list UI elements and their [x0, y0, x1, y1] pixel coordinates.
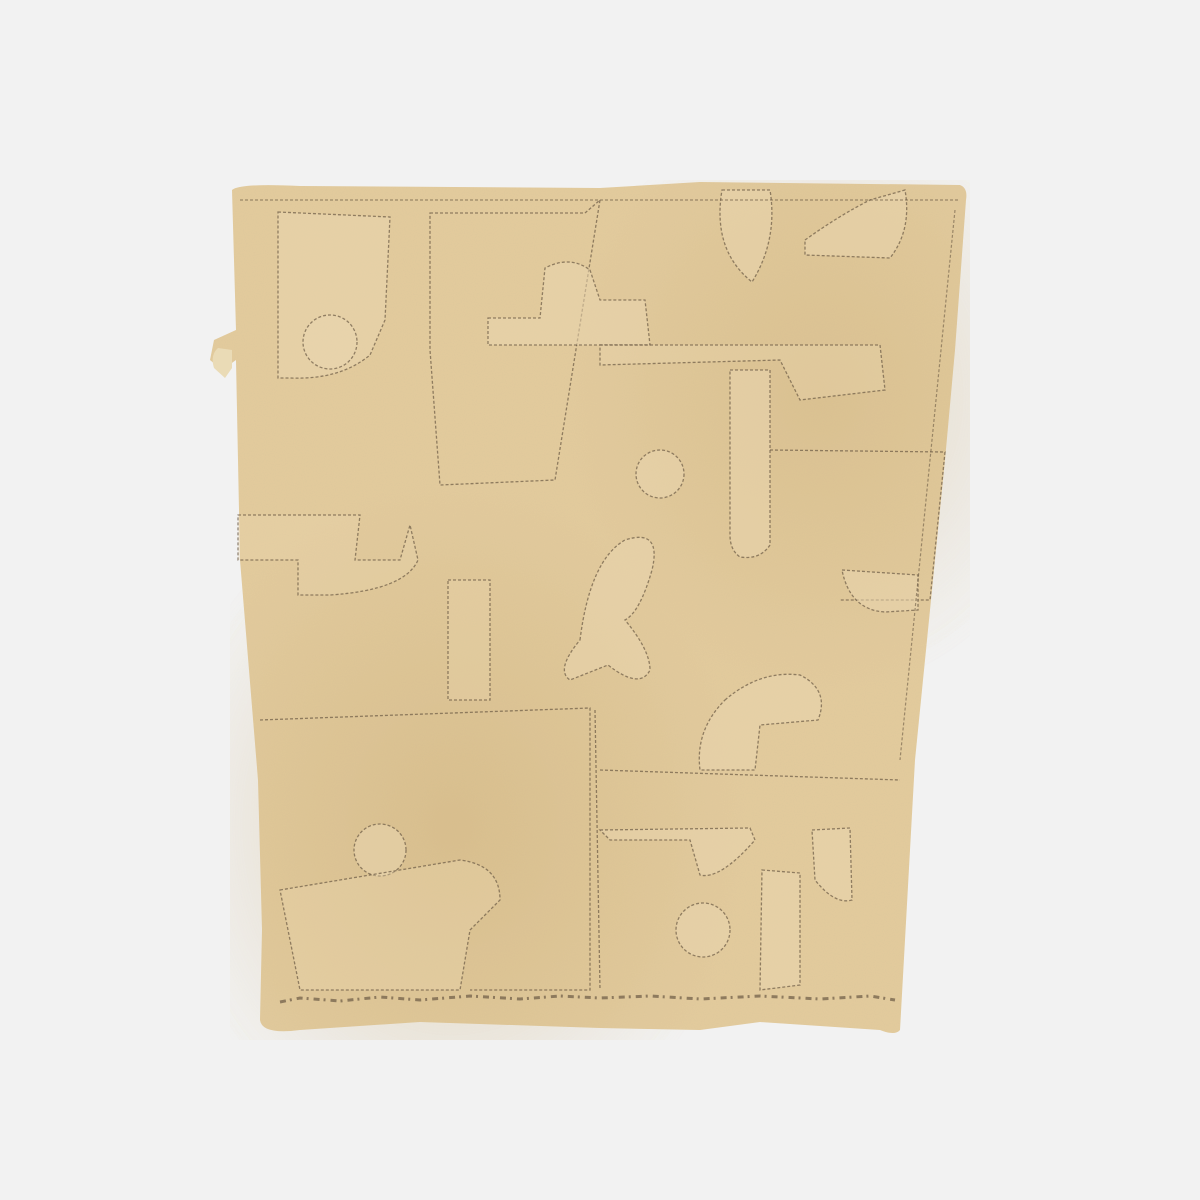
frayed-tuft	[213, 348, 232, 378]
textile-illustration	[0, 0, 1200, 1200]
photo-stage	[0, 0, 1200, 1200]
